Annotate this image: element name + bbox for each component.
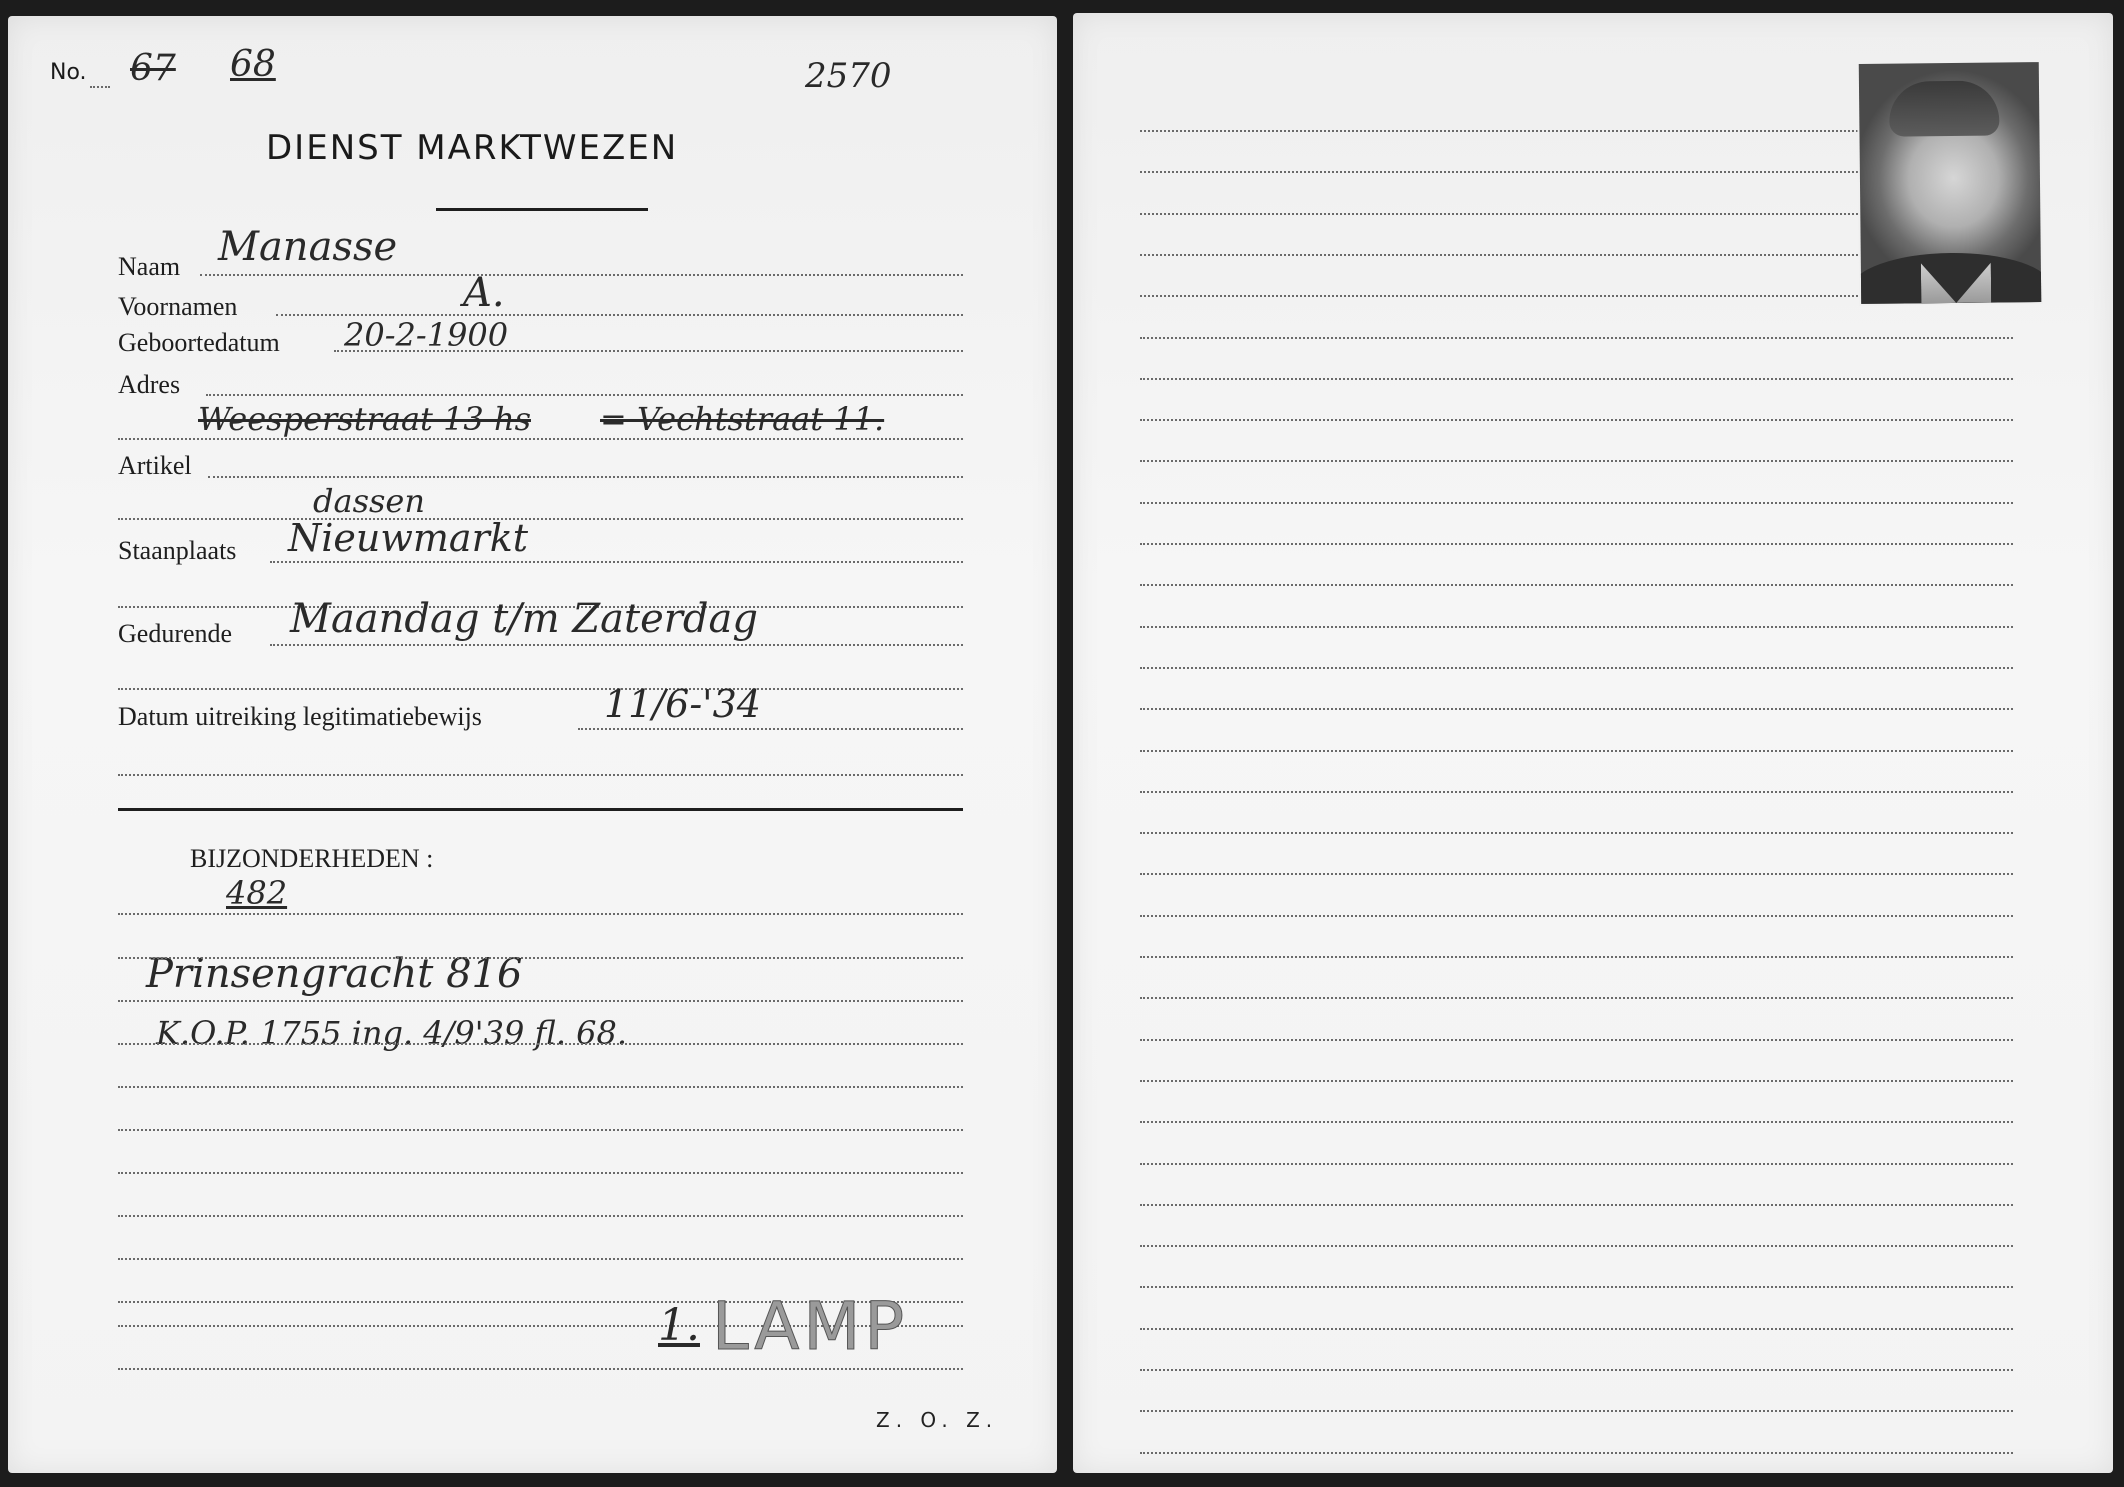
ruled-line bbox=[1140, 295, 1858, 297]
market-registration-card-front: No. 67 68 2570 DIENST MARKTWEZEN Naam Ma… bbox=[8, 16, 1057, 1473]
field-value-staanplaats: Nieuwmarkt bbox=[288, 516, 528, 560]
market-registration-card-back bbox=[1073, 13, 2113, 1473]
reference-number: 2570 bbox=[805, 56, 892, 96]
dotline-gedurende-2 bbox=[118, 688, 963, 690]
field-label-adres: Adres bbox=[118, 370, 180, 400]
ruled-line bbox=[1140, 667, 2013, 669]
field-label-artikel: Artikel bbox=[118, 451, 192, 481]
field-label-voornamen: Voornamen bbox=[118, 292, 237, 322]
dotline-adres-1 bbox=[206, 394, 963, 396]
field-label-staanplaats: Staanplaats bbox=[118, 536, 236, 566]
ruled-line bbox=[1140, 915, 2013, 917]
ruled-line bbox=[1140, 1039, 2013, 1041]
field-label-geboortedatum: Geboortedatum bbox=[118, 328, 280, 358]
portrait-photo bbox=[1859, 62, 2042, 304]
field-label-gedurende: Gedurende bbox=[118, 619, 232, 649]
remarks-line-1: 482 bbox=[226, 874, 287, 912]
ruled-line bbox=[1140, 1369, 2013, 1371]
ruled-line bbox=[1140, 1204, 2013, 1206]
field-value-voornamen: A. bbox=[463, 270, 505, 316]
remarks-dotline bbox=[118, 1258, 963, 1260]
ruled-line bbox=[1140, 502, 2013, 504]
ruled-line bbox=[1140, 791, 2013, 793]
remarks-dotline bbox=[118, 1043, 963, 1045]
ruled-line bbox=[1140, 460, 2013, 462]
ruled-line bbox=[1140, 584, 2013, 586]
remarks-dotline bbox=[118, 913, 963, 915]
remarks-dotline bbox=[118, 957, 963, 959]
ruled-line bbox=[1140, 1286, 2013, 1288]
dotline-artikel-1 bbox=[208, 476, 963, 478]
field-value-adres-new: = Vechtstraat 11. bbox=[600, 400, 884, 438]
dotline-datum-2 bbox=[118, 774, 963, 776]
remarks-dotline bbox=[118, 1000, 963, 1002]
ruled-line bbox=[1140, 171, 1858, 173]
field-value-datum-uitreiking: 11/6-'34 bbox=[604, 682, 761, 726]
ruled-line bbox=[1140, 1328, 2013, 1330]
field-value-artikel: dassen bbox=[313, 482, 425, 520]
field-value-geboortedatum: 20-2-1900 bbox=[344, 316, 508, 354]
dotline-adres-2 bbox=[118, 438, 963, 440]
field-value-naam: Manasse bbox=[218, 224, 397, 270]
remarks-dotline bbox=[118, 1368, 963, 1370]
ruled-line bbox=[1140, 1245, 2013, 1247]
ruled-line bbox=[1140, 1121, 2013, 1123]
section-divider bbox=[118, 808, 963, 811]
ruled-line bbox=[1140, 378, 2013, 380]
ruled-line bbox=[1140, 130, 1858, 132]
title-underline bbox=[436, 208, 648, 211]
field-label-naam: Naam bbox=[118, 252, 180, 282]
number-label: No. bbox=[50, 60, 87, 85]
dotline-datum-1 bbox=[578, 728, 963, 730]
ruled-line bbox=[1140, 213, 1858, 215]
remarks-dotline bbox=[118, 1215, 963, 1217]
ruled-line bbox=[1140, 254, 1858, 256]
page-turn-note: Z. O. Z. bbox=[876, 1408, 998, 1432]
ruled-line bbox=[1140, 543, 2013, 545]
ruled-line bbox=[1140, 337, 2013, 339]
stamp-handwritten-mark: 1. bbox=[658, 1300, 700, 1351]
remarks-dotline bbox=[118, 1086, 963, 1088]
ruled-line bbox=[1140, 1452, 2013, 1454]
lamp-stamp: LAMP bbox=[712, 1288, 908, 1365]
dotline-naam bbox=[200, 274, 963, 276]
dotline-staanplaats-1 bbox=[270, 561, 963, 563]
photo-hair bbox=[1889, 80, 2000, 136]
remarks-dotline bbox=[118, 1172, 963, 1174]
ruled-line bbox=[1140, 750, 2013, 752]
field-value-adres-old: Weesperstraat 13 hs bbox=[198, 400, 531, 438]
dotline-artikel-2 bbox=[118, 518, 963, 520]
ruled-line bbox=[1140, 956, 2013, 958]
ruled-line bbox=[1140, 1163, 2013, 1165]
remarks-heading: BIJZONDERHEDEN : bbox=[190, 844, 433, 874]
remarks-dotline bbox=[118, 1129, 963, 1131]
remarks-line-3: K.O.P. 1755 ing. 4/9'39 fl. 68. bbox=[156, 1014, 627, 1052]
field-value-gedurende: Maandag t/m Zaterdag bbox=[290, 596, 758, 642]
number-dotline bbox=[90, 86, 110, 88]
field-label-datum-uitreiking: Datum uitreiking legitimatiebewijs bbox=[118, 702, 482, 732]
ruled-line bbox=[1140, 1080, 2013, 1082]
ruled-line bbox=[1140, 832, 2013, 834]
ruled-line bbox=[1140, 419, 2013, 421]
number-value: 68 bbox=[230, 44, 276, 85]
ruled-line bbox=[1140, 708, 2013, 710]
ruled-line bbox=[1140, 626, 2013, 628]
page-title: DIENST MARKTWEZEN bbox=[266, 128, 678, 168]
ruled-line bbox=[1140, 997, 2013, 999]
dotline-gedurende-1 bbox=[270, 644, 963, 646]
ruled-line bbox=[1140, 873, 2013, 875]
ruled-line bbox=[1140, 1410, 2013, 1412]
number-struck: 67 bbox=[130, 48, 176, 89]
